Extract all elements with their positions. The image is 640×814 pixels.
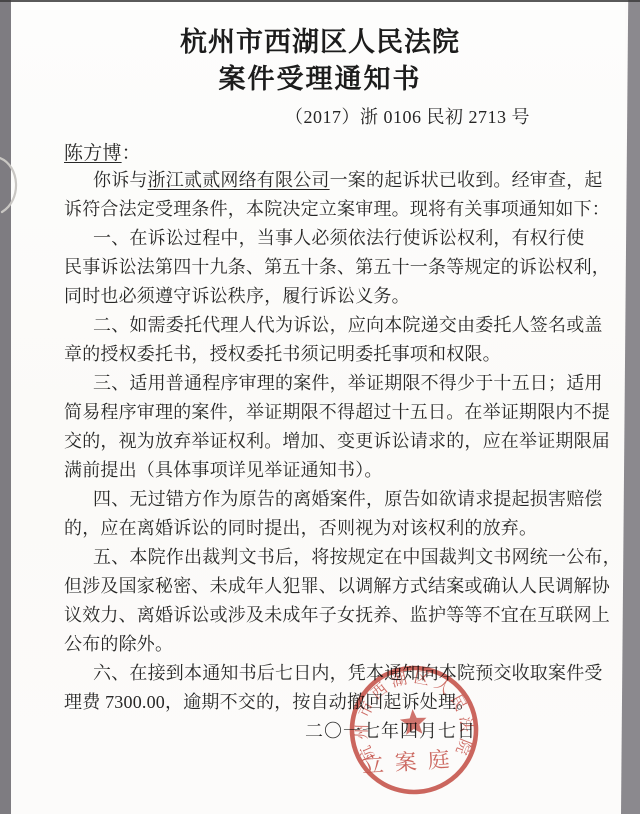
body-line: 你诉与浙江贰贰网络有限公司一案的起诉状已收到。经审查，起 (64, 166, 598, 195)
body-line: 公布的除外。 (64, 630, 598, 659)
body-line: 一、在诉讼过程中，当事人必须依法行使诉讼权利，有权行使 (64, 224, 598, 253)
text-segment: 同时也必须遵守诉讼秩序，履行诉讼义务。 (64, 286, 410, 306)
body-line: 民事诉讼法第四十九条、第五十条、第五十一条等规定的诉讼权利， (64, 253, 598, 282)
body-line: 章的授权委托书，授权委托书须记明委托事项和权限。 (64, 340, 598, 369)
body-line: 六、在接到本通知书后七日内，凭本通知向本院预交收取案件受 (64, 659, 598, 688)
text-segment: 民事诉讼法第四十九条、第五十条、第五十一条等规定的诉讼权利， (64, 257, 610, 277)
recipient-line: 陈方博： (64, 141, 598, 166)
text-segment: 三、适用普通程序审理的案件，举证期限不得少于十五日；适用 (93, 373, 603, 393)
text-segment: 交的，视为放弃举证权利。增加、变更诉讼请求的，应在举证期限届 (64, 431, 610, 451)
document-title: 案件受理通知书 (0, 61, 640, 98)
seal-star-icon (399, 708, 427, 735)
text-segment: 简易程序审理的案件，举证期限不得超过十五日。在举证期限内不提 (64, 402, 610, 422)
court-name-title: 杭州市西湖区人民法院 (0, 24, 640, 61)
body-line: 但涉及国家秘密、未成年人犯罪、以调解方式结案或确认人民调解协 (64, 572, 598, 601)
text-segment: 但涉及国家秘密、未成年人犯罪、以调解方式结案或确认人民调解协 (64, 576, 610, 596)
body-lines: 你诉与浙江贰贰网络有限公司一案的起诉状已收到。经审查，起诉符合法定受理条件，本院… (64, 166, 598, 717)
body-line: 三、适用普通程序审理的案件，举证期限不得少于十五日；适用 (64, 369, 598, 398)
text-segment: 一案的起诉状已收到。经审查，起 (330, 170, 603, 190)
text-segment: 满前提出（具体事项详见举证通知书）。 (64, 460, 383, 480)
body-line: 五、本院作出裁判文书后，将按规定在中国裁判文书网统一公布， (64, 543, 598, 572)
document-header: 杭州市西湖区人民法院 案件受理通知书 （2017）浙 0106 民初 2713 … (0, 24, 640, 129)
body-line: 议效力、离婚诉讼或涉及未成年子女抚养、监护等等不宜在互联网上 (64, 601, 598, 630)
body-line: 满前提出（具体事项详见举证通知书）。 (64, 456, 598, 485)
photo-of-document: 杭州市西湖区人民法院 案件受理通知书 （2017）浙 0106 民初 2713 … (0, 0, 640, 814)
recipient-name: 陈方博 (64, 143, 122, 164)
top-edge-shadow (0, 0, 640, 2)
body-line: 诉符合法定受理条件，本院决定立案审理。现将有关事项通知如下： (64, 195, 598, 224)
text-segment: 你诉与 (93, 170, 148, 190)
text-segment: 公布的除外。 (64, 634, 173, 654)
body-line: 交的，视为放弃举证权利。增加、变更诉讼请求的，应在举证期限届 (64, 427, 598, 456)
text-segment: 诉符合法定受理条件，本院决定立案审理。现将有关事项通知如下： (64, 199, 610, 219)
recipient-colon: ： (122, 143, 141, 164)
text-segment: 一、在诉讼过程中，当事人必须依法行使诉讼权利，有权行使 (93, 228, 584, 248)
text-segment: 二、如需委托代理人代为诉讼，应向本院递交由委托人签名或盖 (93, 315, 603, 335)
body-line: 理费 7300.00，逾期不交的，按自动撤回起诉处理。 (64, 688, 598, 717)
body-line: 二、如需委托代理人代为诉讼，应向本院递交由委托人签名或盖 (64, 311, 598, 340)
text-segment: 的，应在离婚诉讼的同时提出，否则视为对该权利的放弃。 (64, 518, 537, 538)
text-segment: 四、无过错方作为原告的离婚案件，原告如欲请求提起损害赔偿 (93, 489, 603, 509)
text-segment: 五、本院作出裁判文书后，将按规定在中国裁判文书网统一公布， (93, 547, 621, 567)
body-line: 的，应在离婚诉讼的同时提出，否则视为对该权利的放弃。 (64, 514, 598, 543)
body-line: 简易程序审理的案件，举证期限不得超过十五日。在举证期限内不提 (64, 398, 598, 427)
issue-date: 二〇一七年四月七日 (64, 717, 598, 746)
text-segment: 章的授权委托书，授权委托书须记明委托事项和权限。 (64, 344, 501, 364)
official-seal: 杭州市西湖区人民法院 立案庭 (338, 654, 490, 806)
body-line: 同时也必须遵守诉讼秩序，履行诉讼义务。 (64, 282, 598, 311)
underlined-text: 浙江贰贰网络有限公司 (148, 170, 330, 190)
text-segment: 议效力、离婚诉讼或涉及未成年子女抚养、监护等等不宜在互联网上 (64, 605, 610, 625)
document-body: 陈方博： 你诉与浙江贰贰网络有限公司一案的起诉状已收到。经审查，起诉符合法定受理… (64, 141, 598, 746)
case-number: （2017）浙 0106 民初 2713 号 (0, 105, 640, 129)
page-curl-mark (0, 156, 34, 216)
body-line: 四、无过错方作为原告的离婚案件，原告如欲请求提起损害赔偿 (64, 485, 598, 514)
